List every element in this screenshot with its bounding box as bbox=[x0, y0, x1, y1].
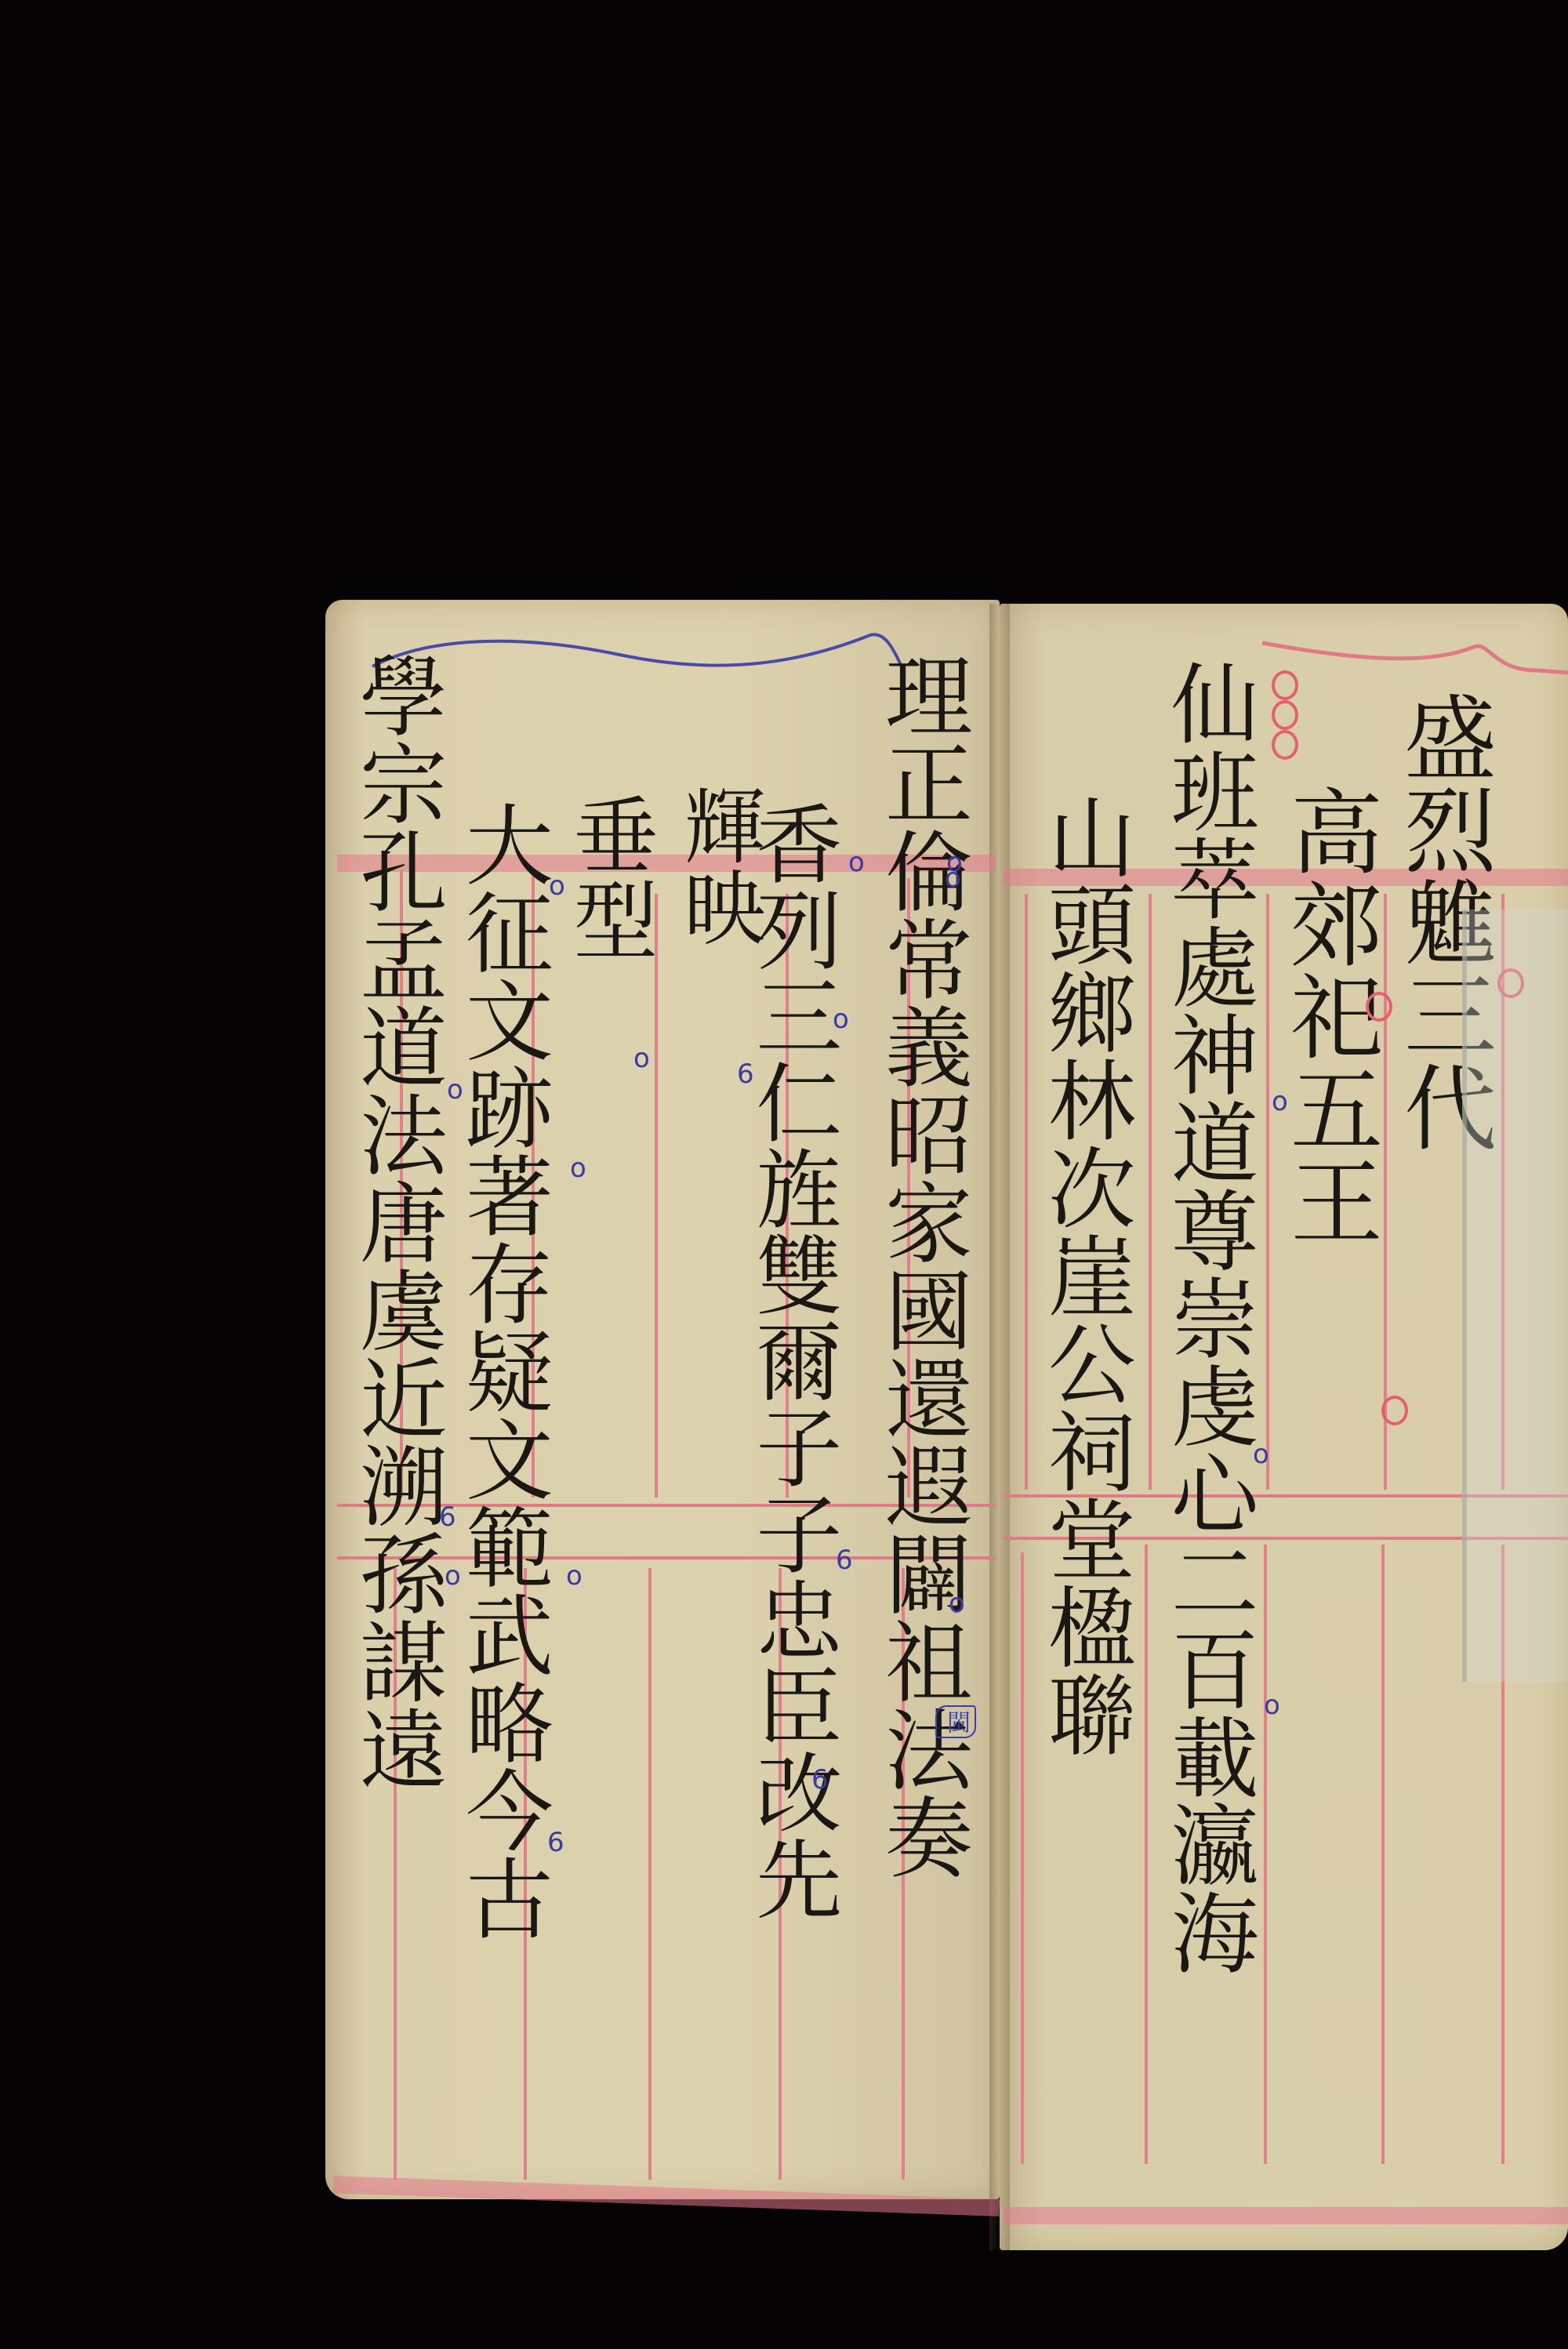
couplet-column-l3: 輝映 bbox=[674, 784, 760, 947]
red-circle-mark bbox=[1366, 992, 1392, 1022]
rule-v bbox=[655, 894, 658, 1498]
annotation-circle: o bbox=[445, 1560, 461, 1592]
rule-v bbox=[1381, 1545, 1385, 2164]
annotation-circle: o bbox=[1272, 1086, 1288, 1117]
red-circle-mark bbox=[1272, 670, 1298, 700]
annotation-circle: o bbox=[848, 847, 865, 878]
annotation-six: 6 bbox=[811, 1764, 829, 1795]
annotation-circle: o bbox=[570, 1153, 586, 1184]
column-text: 輝映 bbox=[652, 784, 782, 947]
annotation-circle: o bbox=[833, 1004, 849, 1035]
annotation-six: 6 bbox=[547, 1827, 564, 1858]
annotation-six: 6 bbox=[737, 1058, 754, 1090]
rule-v bbox=[1264, 1545, 1267, 2164]
couplet-column-r2: 高郊祀五王 bbox=[1278, 784, 1380, 1247]
rule-v bbox=[1025, 894, 1028, 1490]
annotation-six: 6 bbox=[836, 1545, 853, 1576]
couplet-column-l5: 大征文跡著存疑文範武略今古 bbox=[451, 800, 553, 1941]
rule-v bbox=[648, 1568, 652, 2180]
column-text: 香列三仁旌雙爾子子忠臣改先 bbox=[746, 800, 838, 1921]
rule-v bbox=[1145, 1545, 1148, 2164]
left-header-curve bbox=[368, 619, 917, 690]
couplet-column-r3: 仙班萃處神道尊崇虔心二百載瀛海 bbox=[1156, 659, 1258, 1976]
annotation-circle: o bbox=[1264, 1690, 1280, 1721]
couplet-column-l6: 學宗孔孟道法唐虞近溯孫謀遠 bbox=[345, 651, 447, 1792]
column-text: 山頭鄉林次崖公祠堂楹聯 bbox=[1039, 792, 1130, 1758]
min-seal-stamp: 閩 bbox=[935, 1705, 976, 1738]
couplet-column-l2: 香列三仁旌雙爾子子忠臣改先 bbox=[741, 800, 843, 1921]
right-header-curve bbox=[1254, 627, 1568, 698]
tape-strip bbox=[1462, 909, 1568, 1682]
annotation-circle: o bbox=[945, 862, 961, 894]
annotation-circle: o bbox=[549, 870, 565, 902]
column-text: 仙班萃處神道尊崇虔心二百載瀛海 bbox=[1163, 659, 1252, 1976]
column-text: 大征文跡著存疑文範武略今古 bbox=[456, 800, 549, 1941]
column-text: 高郊祀五王 bbox=[1283, 784, 1375, 1247]
red-circle-mark bbox=[1381, 1396, 1408, 1425]
annotation-circle: o bbox=[447, 1074, 463, 1106]
couplet-column-r4: 山頭鄉林次崖公祠堂楹聯 bbox=[1033, 792, 1135, 1758]
column-text: 學宗孔孟道法唐虞近溯孫謀遠 bbox=[350, 651, 443, 1792]
couplet-column-l1: 理正倫常義昭家國還遐闢祖法奏 bbox=[870, 651, 972, 1880]
column-text: 理正倫常義昭家國還遐闢祖法奏 bbox=[875, 651, 968, 1880]
annotation-circle: o bbox=[633, 1043, 650, 1074]
red-circle-mark bbox=[1272, 700, 1298, 730]
annotation-circle: o bbox=[566, 1560, 583, 1592]
book-spine bbox=[989, 604, 1010, 2250]
annotation-circle: o bbox=[1253, 1439, 1269, 1470]
annotation-six: 6 bbox=[439, 1501, 456, 1533]
annotation-circle: o bbox=[949, 1588, 965, 1619]
rule-v bbox=[1266, 894, 1269, 1490]
rule-v bbox=[1149, 894, 1152, 1490]
rule-v bbox=[1021, 1552, 1024, 2164]
lower-band-right bbox=[1004, 2207, 1568, 2224]
red-circle-mark bbox=[1272, 730, 1298, 760]
couplet-column-l4: 垂型 bbox=[561, 792, 655, 961]
